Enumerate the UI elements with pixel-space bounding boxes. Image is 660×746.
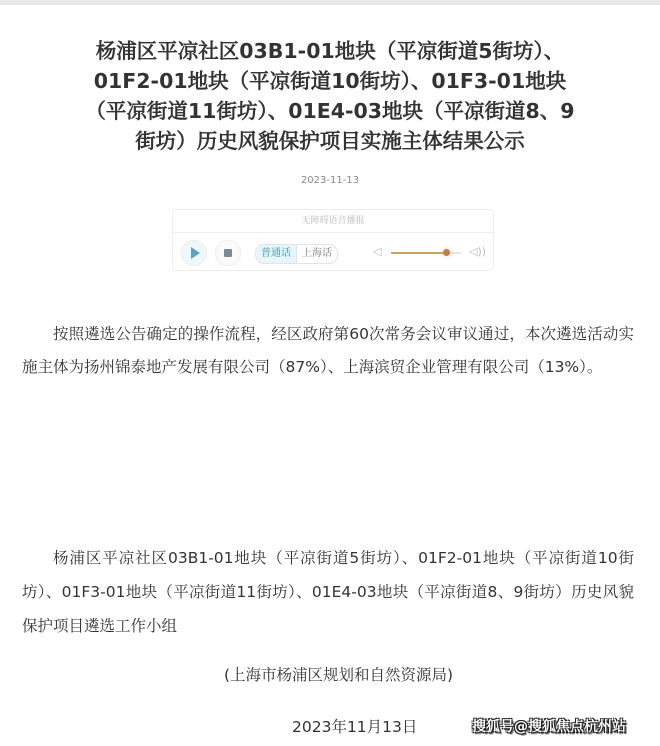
- language-shanghainese[interactable]: 上海话: [296, 245, 337, 263]
- language-mandarin[interactable]: 普通话: [256, 245, 296, 263]
- volume-high-icon[interactable]: ◁)): [469, 246, 486, 258]
- player-controls: 普通话 上海话 ◁ ◁)): [173, 233, 493, 271]
- watermark: 搜狐号@搜狐焦点杭州站: [472, 716, 626, 736]
- article-title: 杨浦区平凉社区03B1-01地块（平凉街道5街坊）、 01F2-01地块（平凉街…: [60, 36, 600, 156]
- volume-slider[interactable]: [391, 252, 461, 254]
- play-button[interactable]: [181, 240, 207, 266]
- signature-date: 2023年11月13日: [292, 715, 417, 737]
- player-header: 无障碍语音播报: [173, 210, 493, 233]
- signature-group: 杨浦区平凉社区03B1-01地块（平凉街道5街坊）、01F2-01地块（平凉街道…: [22, 541, 634, 643]
- stop-icon: [224, 249, 232, 257]
- title-line: （平凉街道11街坊）、01E4-03地块（平凉街道8、9: [60, 96, 600, 126]
- volume-low-icon[interactable]: ◁: [373, 246, 381, 258]
- language-toggle: 普通话 上海话: [255, 244, 338, 264]
- stop-button[interactable]: [215, 240, 241, 266]
- signature-organization: (上海市杨浦区规划和自然资源局): [224, 663, 453, 685]
- volume-slider-knob[interactable]: [443, 249, 450, 256]
- title-line: 街坊）历史风貌保护项目实施主体结果公示: [60, 126, 600, 156]
- publish-date: 2023-11-13: [0, 175, 660, 186]
- audio-player: 无障碍语音播报 普通话 上海话 ◁ ◁)): [172, 209, 494, 271]
- title-line: 01F2-01地块（平凉街道10街坊）、01F3-01地块: [60, 66, 600, 96]
- top-strip: [0, 0, 660, 5]
- title-line: 杨浦区平凉社区03B1-01地块（平凉街道5街坊）、: [60, 36, 600, 66]
- body-paragraph: 按照遴选公告确定的操作流程，经区政府第60次常务会议审议通过，本次遴选活动实施主…: [22, 318, 634, 384]
- play-icon: [191, 247, 200, 259]
- volume-slider-fill: [391, 252, 447, 254]
